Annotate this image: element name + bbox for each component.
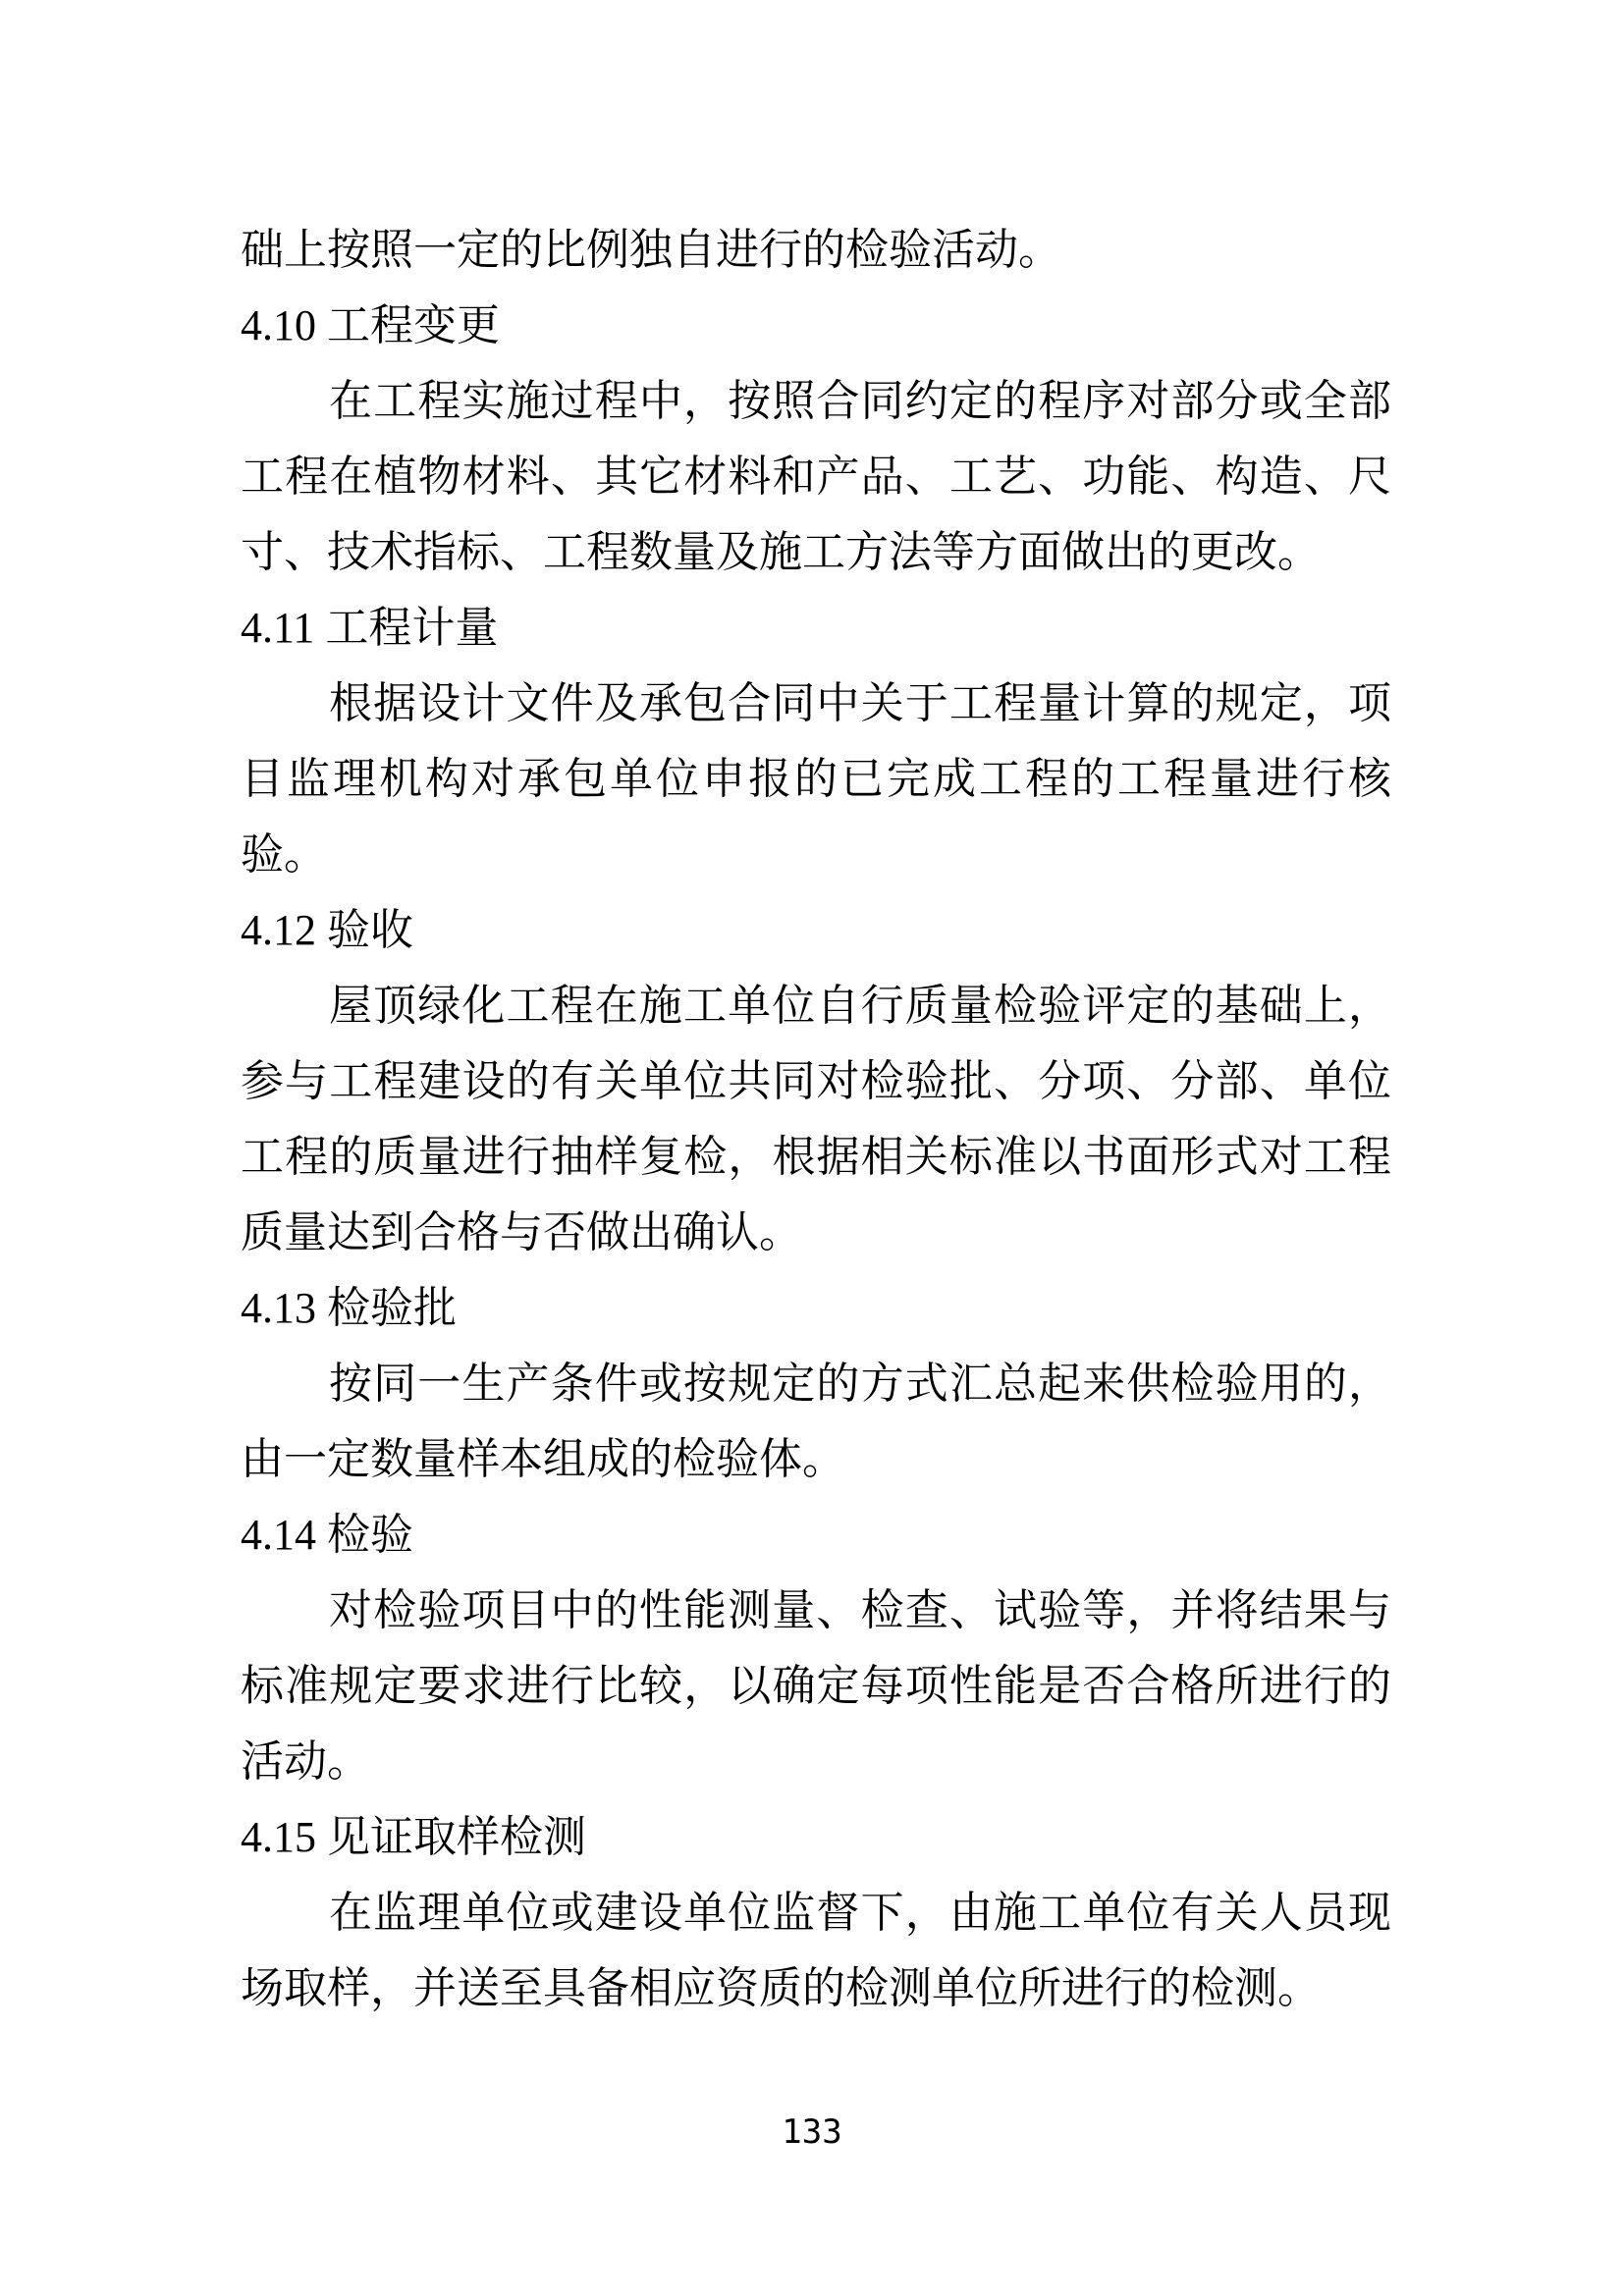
text-line: 质量达到合格与否做出确认。 — [241, 1195, 1391, 1270]
text-line: 在工程实施过程中，按照合同约定的程序对部分或全部 — [241, 363, 1391, 439]
document-page: 础上按照一定的比例独自进行的检验活动。4.10 工程变更在工程实施过程中，按照合… — [0, 0, 1624, 2296]
section-heading: 4.13 检验批 — [241, 1270, 1391, 1346]
text-line: 参与工程建设的有关单位共同对检验批、分项、分部、单位 — [241, 1043, 1391, 1119]
text-line: 寸、技术指标、工程数量及施工方法等方面做出的更改。 — [241, 514, 1391, 590]
text-line: 对检验项目中的性能测量、检查、试验等，并将结果与 — [241, 1573, 1391, 1648]
text-line: 根据设计文件及承包合同中关于工程量计算的规定，项 — [241, 666, 1391, 741]
document-body: 础上按照一定的比例独自进行的检验活动。4.10 工程变更在工程实施过程中，按照合… — [241, 212, 1391, 2026]
text-line: 工程的质量进行抽样复检，根据相关标准以书面形式对工程 — [241, 1119, 1391, 1195]
text-line: 场取样，并送至具备相应资质的检测单位所进行的检测。 — [241, 1950, 1391, 2026]
text-line: 由一定数量样本组成的检验体。 — [241, 1421, 1391, 1497]
section-heading: 4.11 工程计量 — [241, 590, 1391, 666]
text-line: 标准规定要求进行比较，以确定每项性能是否合格所进行的 — [241, 1648, 1391, 1724]
text-line: 础上按照一定的比例独自进行的检验活动。 — [241, 212, 1391, 288]
text-line: 验。 — [241, 817, 1391, 892]
page-number: 133 — [0, 2112, 1624, 2152]
text-line: 工程在植物材料、其它材料和产品、工艺、功能、构造、尺 — [241, 439, 1391, 514]
text-line: 在监理单位或建设单位监督下，由施工单位有关人员现 — [241, 1875, 1391, 1950]
text-line: 目监理机构对承包单位申报的已完成工程的工程量进行核 — [241, 741, 1391, 817]
text-line: 屋顶绿化工程在施工单位自行质量检验评定的基础上， — [241, 968, 1391, 1043]
text-line: 活动。 — [241, 1724, 1391, 1799]
text-line: 按同一生产条件或按规定的方式汇总起来供检验用的， — [241, 1346, 1391, 1421]
section-heading: 4.14 检验 — [241, 1497, 1391, 1573]
section-heading: 4.12 验收 — [241, 892, 1391, 968]
section-heading: 4.10 工程变更 — [241, 288, 1391, 363]
section-heading: 4.15 见证取样检测 — [241, 1799, 1391, 1875]
